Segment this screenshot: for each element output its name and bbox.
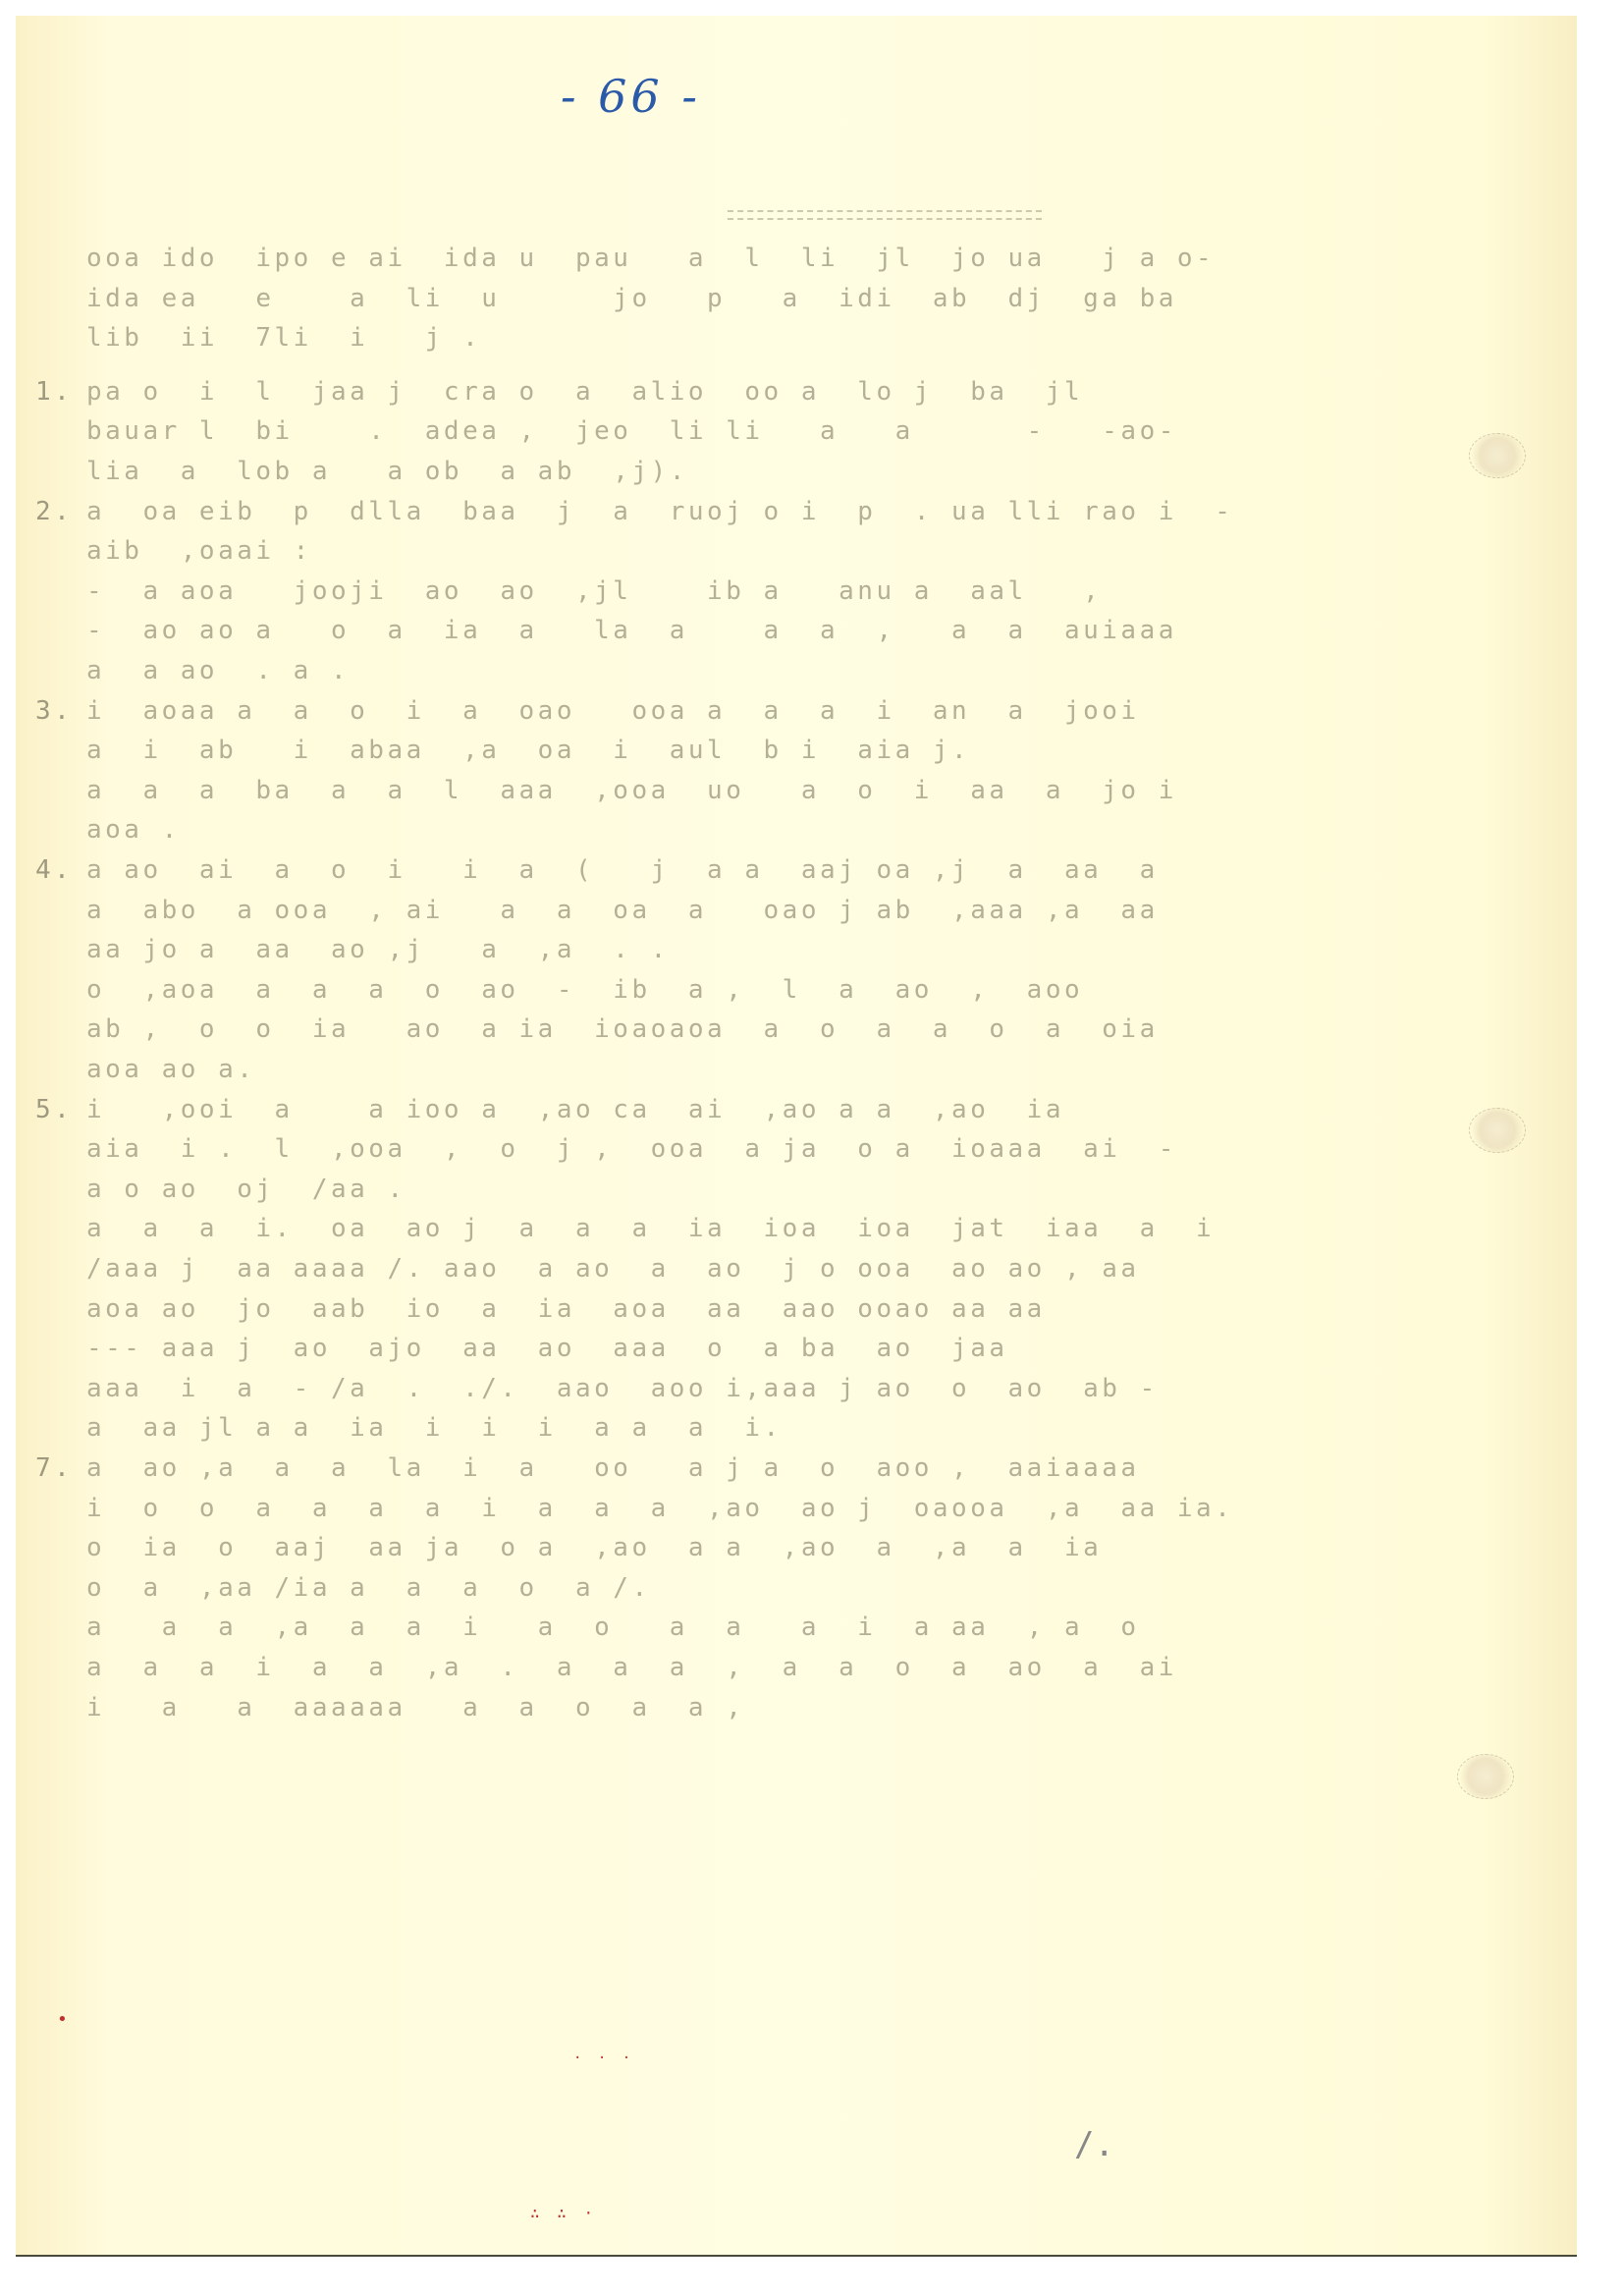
text-line: 2.a oa eib p dlla baa j a ruoj o i p . u… [35,497,1233,526]
line-text: i o o a a a a i a a a ,ao ao j oaooa ,a … [86,1494,1233,1523]
closing-mark: /. [1074,2125,1114,2164]
paper-stain [1469,433,1526,478]
line-text: - ao ao a o a ia a la a a a , a a auiaaa [86,616,1177,645]
line-text: bauar l bi . adea , jeo li li a a - -ao- [86,416,1177,446]
text-line: a o ao oj /aa . [35,1175,406,1204]
red-mark: • [57,2009,72,2030]
line-text: aoa ao jo aab io a ia aoa aa aao ooao aa… [86,1294,1046,1324]
line-text: a a ao . a . [86,656,350,685]
line-text: ida ea e a li u jo p a idi ab dj ga ba [86,284,1177,313]
text-line: aoa . [35,815,181,845]
item-number: 3. [35,696,86,726]
text-line: ooa ido ipo e ai ida u pau a l li jl jo … [35,244,1215,273]
text-line: --- aaa j ao ajo aa ao aaa o a ba ao jaa [35,1334,1008,1363]
text-line: 4.a ao ai a o i i a ( j a a aaj oa ,j a … [35,855,1159,885]
text-line: lib ii 7li i j . [35,323,481,353]
text-line: a i ab i abaa ,a oa i aul b i aia j. [35,736,970,765]
page-number: - 66 - [561,70,701,123]
line-text: o ia o aaj aa ja o a ,ao a a ,ao a ,a a … [86,1533,1102,1562]
item-number: 4. [35,855,86,885]
line-text: a oa eib p dlla baa j a ruoj o i p . ua … [86,497,1233,526]
line-text: lia a lob a a ob a ab ,j). [86,457,688,486]
line-text: ab , o o ia ao a ia ioaoaoa a o a a o a … [86,1014,1159,1044]
line-text: o a ,aa /ia a a a o a /. [86,1573,651,1603]
text-line: 5.i ,ooi a a ioo a ,ao ca ai ,ao a a ,ao… [35,1095,1064,1124]
text-line: a a a i a a ,a . a a a , a a o a ao a ai [35,1653,1177,1682]
line-text: a ao ,a a a la i a oo a j a o aoo , aaia… [86,1453,1140,1483]
item-number: 1. [35,377,86,407]
line-text: aoa . [86,815,181,845]
text-line: o ,aoa a a a o ao - ib a , l a ao , aoo [35,975,1083,1005]
text-line: aaa i a - /a . ./. aao aoo i,aaa j ao o … [35,1374,1159,1403]
text-line: ab , o o ia ao a ia ioaoaoa a o a a o a … [35,1014,1159,1044]
text-line: 3.i aoaa a a o i a oao ooa a a a i an a … [35,696,1140,726]
text-line: i a a aaaaaa a a o a a , [35,1693,744,1722]
line-text: aib ,oaai : [86,536,312,566]
item-number: 7. [35,1453,86,1483]
text-line: o ia o aaj aa ja o a ,ao a a ,ao a ,a a … [35,1533,1102,1562]
line-text: a a a ba a a l aaa ,ooa uo a o i aa a jo… [86,776,1177,805]
text-line: aib ,oaai : [35,536,312,566]
line-text: /aaa j aa aaaa /. aao a ao a ao j o ooa … [86,1254,1140,1284]
heading-underline [728,210,1042,220]
line-text: aoa ao a. [86,1055,255,1084]
line-text: a o ao oj /aa . [86,1175,406,1204]
text-line: aia i . l ,ooa , o j , ooa a ja o a ioaa… [35,1134,1177,1164]
text-line: - ao ao a o a ia a la a a a , a a auiaaa [35,616,1177,645]
scanned-page: - 66 - ooa ido ipo e ai ida u pau a l li… [16,16,1577,2255]
text-line: ida ea e a li u jo p a idi ab dj ga ba [35,284,1177,313]
item-number: 5. [35,1095,86,1124]
text-line: a abo a ooa , ai a a oa a oao j ab ,aaa … [35,896,1159,925]
line-text: aa jo a aa ao ,j a ,a . . [86,935,670,964]
text-line: lia a lob a a ob a ab ,j). [35,457,688,486]
text-line: a a ao . a . [35,656,350,685]
text-line: bauar l bi . adea , jeo li li a a - -ao- [35,416,1177,446]
red-mark: · · · [573,2050,634,2066]
text-line: - a aoa jooji ao ao ,jl ib a anu a aal , [35,576,1102,606]
red-mark: ∴ ∴ · [530,2204,597,2222]
line-text: pa o i l jaa j cra o a alio oo a lo j ba… [86,377,1083,407]
line-text: a a a ,a a a i a o a a a i a aa , a o [86,1613,1140,1642]
line-text: ooa ido ipo e ai ida u pau a l li jl jo … [86,244,1215,273]
text-line: o a ,aa /ia a a a o a /. [35,1573,651,1603]
text-line: a a a ,a a a i a o a a a i a aa , a o [35,1613,1140,1642]
paper-stain [1457,1754,1514,1799]
line-text: a aa jl a a ia i i i a a a i. [86,1413,783,1443]
line-text: aaa i a - /a . ./. aao aoo i,aaa j ao o … [86,1374,1159,1403]
line-text: --- aaa j ao ajo aa ao aaa o a ba ao jaa [86,1334,1008,1363]
text-line: a a a i. oa ao j a a a ia ioa ioa jat ia… [35,1214,1215,1243]
text-line: /aaa j aa aaaa /. aao a ao a ao j o ooa … [35,1254,1140,1284]
text-line: aoa ao a. [35,1055,255,1084]
line-text: a a a i. oa ao j a a a ia ioa ioa jat ia… [86,1214,1215,1243]
text-line: a a a ba a a l aaa ,ooa uo a o i aa a jo… [35,776,1177,805]
line-text: - a aoa jooji ao ao ,jl ib a anu a aal , [86,576,1102,606]
line-text: a a a i a a ,a . a a a , a a o a ao a ai [86,1653,1177,1682]
line-text: i ,ooi a a ioo a ,ao ca ai ,ao a a ,ao i… [86,1095,1064,1124]
text-line: 1.pa o i l jaa j cra o a alio oo a lo j … [35,377,1083,407]
line-text: a i ab i abaa ,a oa i aul b i aia j. [86,736,970,765]
line-text: a ao ai a o i i a ( j a a aaj oa ,j a aa… [86,855,1159,885]
text-line: i o o a a a a i a a a ,ao ao j oaooa ,a … [35,1494,1233,1523]
text-line: 7.a ao ,a a a la i a oo a j a o aoo , aa… [35,1453,1140,1483]
paper-stain [1469,1108,1526,1153]
line-text: aia i . l ,ooa , o j , ooa a ja o a ioaa… [86,1134,1177,1164]
line-text: lib ii 7li i j . [86,323,481,353]
text-line: aoa ao jo aab io a ia aoa aa aao ooao aa… [35,1294,1046,1324]
line-text: o ,aoa a a a o ao - ib a , l a ao , aoo [86,975,1083,1005]
text-line: a aa jl a a ia i i i a a a i. [35,1413,783,1443]
line-text: a abo a ooa , ai a a oa a oao j ab ,aaa … [86,896,1159,925]
item-number: 2. [35,497,86,526]
text-line: aa jo a aa ao ,j a ,a . . [35,935,670,964]
line-text: i aoaa a a o i a oao ooa a a a i an a jo… [86,696,1140,726]
line-text: i a a aaaaaa a a o a a , [86,1693,744,1722]
